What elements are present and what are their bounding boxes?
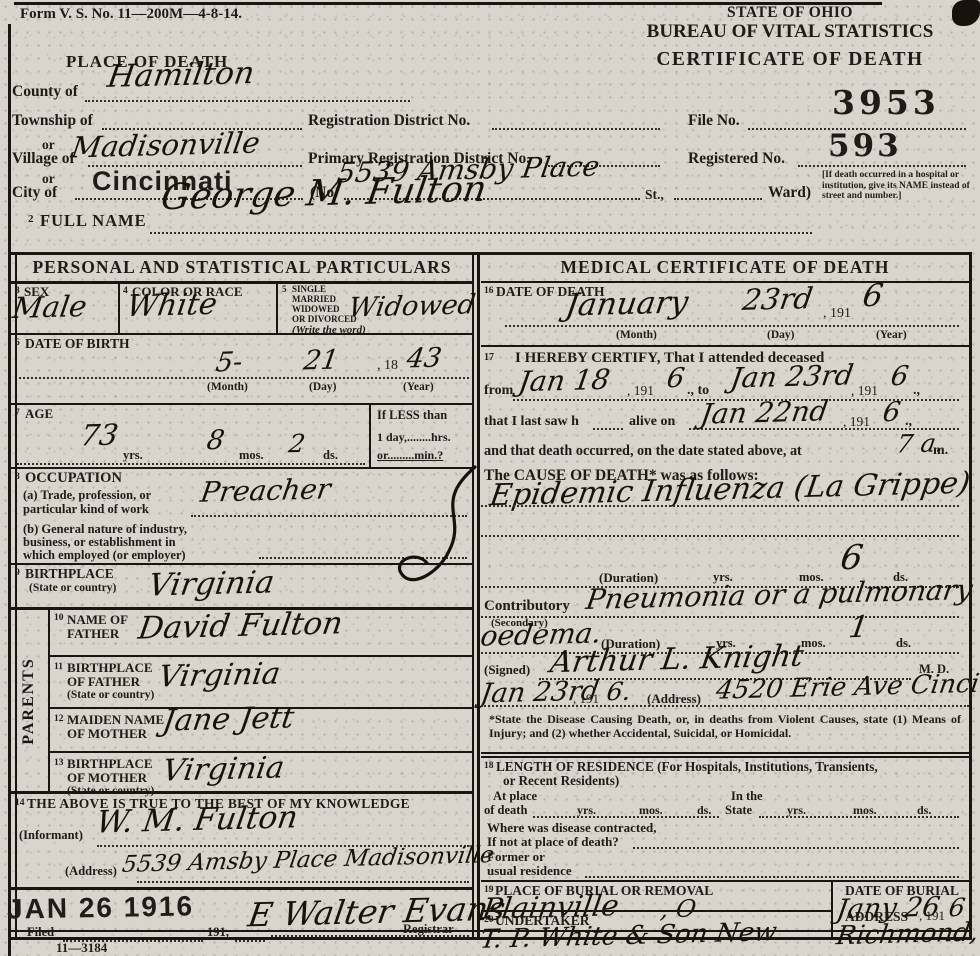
birthplace-number: 9: [15, 568, 20, 578]
father-birthplace-caption: (State or country): [67, 689, 154, 701]
certify-to-year-printed: , 191: [851, 384, 878, 398]
parents-group-label: PARENTS: [20, 616, 38, 786]
father-label-line1: NAME OF: [67, 613, 128, 627]
date-of-death-month-value: January: [563, 287, 690, 321]
registered-no-dotted-line: [798, 165, 966, 167]
date-of-death-day-caption: (Day): [767, 329, 794, 341]
age-mos-value: 8: [205, 427, 226, 454]
residence-label-line1: LENGTH OF RESIDENCE (For Hospitals, Inst…: [496, 760, 878, 774]
marital-number: 5: [282, 285, 287, 295]
age-dotted-line: [17, 463, 365, 465]
hospital-note: [If death occurred in a hospital or inst…: [822, 170, 974, 202]
dob-label: DATE OF BIRTH: [25, 337, 130, 351]
father-name-value: David Fulton: [136, 608, 344, 644]
certify-to-value: Jan 23rd: [729, 361, 856, 392]
in-state-label-line2: State: [725, 804, 752, 817]
county-dotted-line: [85, 100, 410, 102]
form-number: Form V. S. No. 11—200M—4-8-14.: [20, 7, 242, 23]
certify-to-year-value: 6: [889, 363, 910, 390]
certify-to-end: .,: [913, 384, 920, 399]
age-less-line3: or.........min.?: [377, 449, 443, 462]
occupation-a-line2: particular kind of work: [23, 503, 149, 516]
race-number: 4: [123, 286, 128, 296]
rule: [831, 880, 833, 937]
certify-from-year-printed: , 191: [627, 384, 654, 398]
mother-label-line2: OF MOTHER: [67, 727, 147, 741]
registered-no-value: 593: [828, 130, 902, 163]
age-less-line1: If LESS than: [377, 409, 447, 422]
file-no-label: File No.: [688, 113, 740, 129]
contributory-duration-ds-label: ds.: [896, 637, 911, 650]
cause-footnote: *State the Disease Causing Death, or, in…: [489, 712, 961, 740]
county-label: County of: [12, 84, 78, 100]
birthplace-label: BIRTHPLACE: [25, 567, 114, 581]
mother-birthplace-number: 13: [54, 758, 64, 768]
at-place-ds-label: ds.: [697, 804, 711, 817]
registration-district-label: Registration District No.: [308, 113, 470, 129]
burial-place-state-value: , O: [659, 897, 698, 922]
filed-label: Filed: [27, 926, 54, 939]
informant-value: W. M. Fulton: [94, 802, 300, 838]
certify-from-label: from: [484, 384, 513, 399]
death-certificate-scan: Form V. S. No. 11—200M—4-8-14. STATE OF …: [0, 0, 980, 956]
cause-dotted-line-1: [481, 505, 959, 507]
in-state-dotted-line: [759, 816, 959, 818]
registrar-signature: E Walter Evans: [246, 892, 508, 932]
date-of-death-year-caption: (Year): [876, 329, 907, 341]
full-name-value: George M. Fulton: [159, 172, 489, 216]
city-label: City of: [12, 185, 57, 201]
birthplace-caption: (State or country): [29, 582, 116, 594]
informant-address-label: (Address): [65, 865, 117, 878]
former-label-line1: Former or: [487, 850, 545, 864]
date-of-death-number: 16: [484, 286, 494, 296]
date-of-death-month-caption: (Month): [616, 329, 657, 341]
filed-year-dotted-line: [235, 940, 265, 942]
cause-dotted-line-2: [481, 535, 959, 537]
certify-saw-year-printed: , 191: [843, 415, 870, 429]
dob-year-value: 43: [405, 345, 444, 373]
age-mos-label: mos.: [239, 449, 264, 462]
at-place-dotted-line: [533, 816, 719, 818]
state-of-ohio-heading: STATE OF OHIO: [601, 5, 979, 21]
cause-duration-ds-value: 6: [838, 541, 865, 576]
registered-no-label: Registered No.: [688, 151, 785, 167]
pen-flourish-decoration: [391, 463, 481, 598]
at-place-label-line1: At place: [493, 790, 537, 803]
certify-from-year-value: 6: [665, 365, 686, 392]
village-value: Madisonville: [69, 129, 261, 163]
in-state-label-line1: In the: [731, 790, 763, 803]
sex-value: Male: [11, 292, 89, 323]
mother-birthplace-label-line1: BIRTHPLACE: [67, 757, 153, 771]
dob-day-value: 21: [302, 347, 341, 375]
date-of-death-year-value: 6: [861, 281, 885, 313]
age-ds-label: ds.: [323, 449, 338, 462]
signed-year-printed: , 191: [573, 692, 599, 706]
residence-number: 18: [484, 761, 494, 771]
at-place-yrs-label: yrs.: [577, 804, 596, 817]
certify-saw-value: Jan 22nd: [699, 397, 830, 428]
mother-label-line1: MAIDEN NAME: [67, 713, 164, 727]
death-time-m-label: m.: [933, 444, 948, 459]
file-no-value: 3953: [832, 86, 940, 121]
full-name-label: FULL NAME: [40, 212, 147, 229]
registrar-label: Registrar: [403, 923, 454, 936]
certify-saw-blank-dotted: [593, 428, 623, 430]
rule: [369, 403, 371, 467]
at-place-mos-label: mos.: [639, 804, 663, 817]
certify-from-value: Jan 18: [517, 366, 612, 396]
rule: [481, 281, 969, 283]
undertaker-value: T. P. White & Son New: [478, 919, 778, 953]
full-name-dotted-line: [150, 232, 812, 234]
medical-title: MEDICAL CERTIFICATE OF DEATH: [481, 258, 969, 277]
age-number: 7: [15, 408, 20, 418]
contracted-label-line1: Where was disease contracted,: [487, 821, 656, 835]
birthplace-value: Virginia: [146, 567, 276, 601]
county-value: Hamilton: [105, 58, 256, 93]
undertaker-address-value: Richmond, O: [835, 919, 980, 949]
signed-year-value: 6.: [605, 679, 633, 705]
age-yrs-value: 73: [79, 421, 120, 451]
occupation-number: 8: [15, 472, 20, 482]
certify-saw-alive-label: alive on: [629, 415, 675, 430]
knowledge-number: 14: [15, 798, 25, 808]
rule: [11, 333, 473, 335]
dob-day-caption: (Day): [309, 381, 336, 393]
filed-year-printed: 191,: [207, 926, 229, 939]
dob-year-caption: (Year): [403, 381, 434, 393]
personal-title: PERSONAL AND STATISTICAL PARTICULARS: [11, 258, 473, 277]
dob-number: 6: [15, 338, 20, 348]
former-label-line2: usual residence: [487, 864, 572, 878]
age-yrs-label: yrs.: [123, 449, 143, 462]
date-of-death-day-value: 23rd: [741, 284, 815, 315]
age-ds-value: 2: [287, 431, 307, 456]
father-label-line2: FATHER: [67, 627, 119, 641]
mother-number: 12: [54, 714, 64, 724]
father-number: 10: [54, 613, 64, 623]
township-label: Township of: [12, 113, 93, 129]
rule: [481, 756, 969, 758]
rule: [276, 281, 278, 333]
full-name-number: 2: [28, 214, 34, 226]
rule: [48, 607, 50, 791]
rule: [481, 910, 831, 912]
informant-address-dotted-line: [137, 881, 469, 883]
contracted-dotted-line: [633, 847, 959, 849]
signed-address-label: (Address): [647, 692, 701, 706]
certify-number: 17: [484, 353, 494, 364]
in-state-ds-label: ds.: [917, 804, 931, 817]
at-place-label-line2: of death: [484, 804, 527, 817]
mother-birthplace-value: Virginia: [160, 753, 286, 786]
father-birthplace-label-line2: OF FATHER: [67, 675, 140, 689]
in-state-mos-label: mos.: [853, 804, 877, 817]
ward-dotted-line: [674, 198, 762, 200]
contributory-label: Contributory: [484, 599, 570, 615]
mother-birthplace-label-line2: OF MOTHER: [67, 771, 147, 785]
occupation-b-line3: which employed (or employer): [23, 549, 186, 562]
bureau-heading: BUREAU OF VITAL STATISTICS: [601, 22, 979, 42]
village-label: Village of: [12, 151, 75, 167]
rule: [11, 403, 473, 405]
registration-district-dotted-line: [492, 128, 660, 130]
dob-dotted-line: [19, 377, 469, 379]
occupation-a-value: Preacher: [199, 475, 333, 506]
date-of-death-dotted-line: [505, 325, 959, 327]
dob-year-printed: , 18: [377, 359, 398, 374]
date-of-death-year-printed: , 191: [823, 307, 851, 322]
marital-value: Widowed: [347, 291, 477, 321]
mother-maiden-name-value: Jane Jett: [160, 703, 295, 736]
occupation-label: OCCUPATION: [25, 471, 122, 486]
street-st-label: St.,: [645, 188, 664, 202]
signed-label: (Signed): [484, 663, 530, 677]
contributory-duration-ds-value: 1: [847, 613, 871, 643]
certify-occurred-label: and that death occurred, on the date sta…: [484, 444, 802, 459]
informant-address-value: 5539 Amsby Place Madisonville: [120, 844, 495, 877]
signed-address-dotted-line: [481, 705, 969, 707]
bottom-form-code: 11—3184: [56, 941, 107, 955]
certify-saw-year-value: 6: [881, 399, 902, 426]
occupation-a-line1: (a) Trade, profession, or: [23, 489, 151, 502]
father-birthplace-label-line1: BIRTHPLACE: [67, 661, 153, 675]
burial-year-value: 6: [947, 895, 967, 920]
undertaker-number: 20: [484, 915, 494, 925]
informant-label: (Informant): [19, 829, 83, 842]
age-label: AGE: [25, 407, 53, 421]
rule: [11, 791, 473, 794]
certificate-main-box: PERSONAL AND STATISTICAL PARTICULARS 3 S…: [8, 252, 972, 940]
former-dotted-line: [585, 876, 959, 878]
father-birthplace-number: 11: [54, 662, 63, 672]
dob-month-value: 5-: [214, 349, 244, 377]
rule: [11, 887, 473, 890]
inner-left-rule: [15, 255, 17, 937]
physician-signature: Arthur L. Knight: [548, 642, 805, 679]
certify-saw-label: that I last saw h: [484, 415, 579, 430]
rule: [481, 880, 969, 882]
certify-saw-end: .,: [905, 415, 912, 430]
in-state-yrs-label: yrs.: [787, 804, 806, 817]
father-birthplace-value: Virginia: [156, 659, 282, 692]
contributory-value-line1: Pneumonia or a pulmonary: [584, 576, 974, 614]
rule: [118, 281, 120, 333]
ward-label: Ward): [768, 185, 811, 201]
contracted-label-line2: If not at place of death?: [487, 835, 619, 849]
rule: [481, 345, 969, 347]
race-value: White: [125, 290, 219, 322]
certificate-heading: CERTIFICATE OF DEATH: [601, 50, 979, 71]
medical-certificate-column: MEDICAL CERTIFICATE OF DEATH 16 DATE OF …: [481, 255, 969, 937]
dob-month-caption: (Month): [207, 381, 248, 393]
filed-date-stamp: JAN 26 1916: [7, 890, 195, 925]
age-less-line2: 1 day,........hrs.: [377, 431, 451, 444]
rule: [481, 752, 969, 754]
residence-label-line2: or Recent Residents): [503, 774, 619, 788]
